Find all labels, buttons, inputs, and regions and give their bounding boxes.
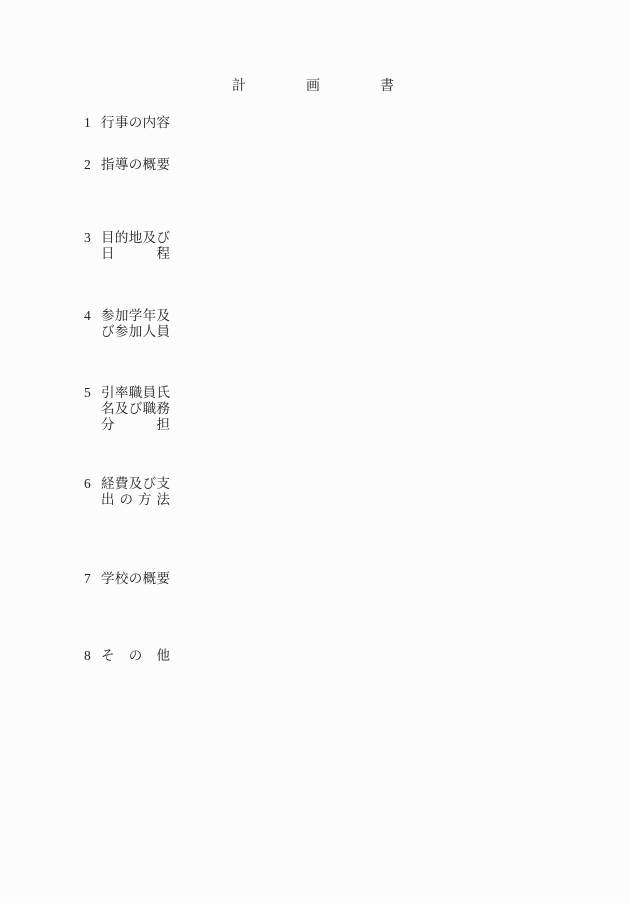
- item-label-line: 参加学年及: [101, 308, 170, 324]
- item-label-line: び参加人員: [101, 324, 170, 340]
- item-label: 経費及び支 出の方法: [101, 476, 170, 508]
- item-number: 8: [84, 648, 91, 664]
- document-title: 計画書: [232, 78, 394, 95]
- item-number: 1: [84, 115, 91, 131]
- item-label-line: 指導の概要: [101, 157, 170, 173]
- item-label: 目的地及び 日程: [101, 230, 170, 262]
- item-label-line: 分担: [101, 417, 170, 433]
- item-label: 引率職員氏 名及び職務 分担: [101, 385, 170, 433]
- item-number: 2: [84, 157, 91, 173]
- plan-document-page: 計画書 1 行事の内容 2 指導の概要 3 目的地及び 日程 4 参加学年及 び…: [0, 0, 630, 903]
- item-label-line: 出の方法: [101, 492, 170, 508]
- item-number: 4: [84, 308, 91, 324]
- item-label-line: 目的地及び: [101, 230, 170, 246]
- item-label-line: 引率職員氏: [101, 385, 170, 401]
- item-number: 7: [84, 571, 91, 587]
- item-number: 3: [84, 230, 91, 246]
- item-label-line: 行事の内容: [101, 115, 170, 131]
- item-label-line: 日程: [101, 246, 170, 262]
- item-label-line: 経費及び支: [101, 476, 170, 492]
- item-label: 指導の概要: [101, 157, 170, 173]
- item-label: 学校の概要: [101, 571, 170, 587]
- item-label-line: その他: [101, 648, 170, 664]
- item-number: 5: [84, 385, 91, 401]
- item-label-line: 名及び職務: [101, 401, 170, 417]
- item-label: 参加学年及 び参加人員: [101, 308, 170, 340]
- item-label: その他: [101, 648, 170, 664]
- item-label-line: 学校の概要: [101, 571, 170, 587]
- item-number: 6: [84, 476, 91, 492]
- item-label: 行事の内容: [101, 115, 170, 131]
